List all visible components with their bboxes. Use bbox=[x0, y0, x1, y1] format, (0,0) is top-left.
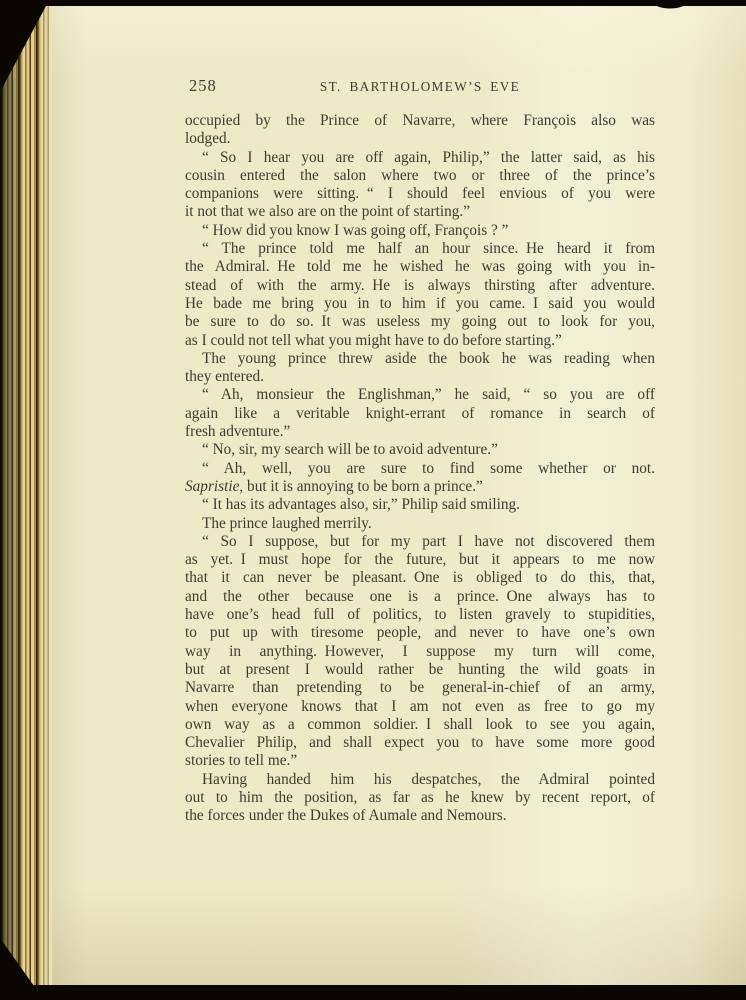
text-line: Chevalier Philip, and shall expect you t… bbox=[185, 734, 655, 752]
text-line: that it can never be pleasant. One is ob… bbox=[185, 569, 655, 587]
text-line: “ How did you know I was going off, Fran… bbox=[185, 222, 655, 240]
text-line: own way as a common soldier. I shall loo… bbox=[185, 716, 655, 734]
italic-word: Sapristie bbox=[185, 478, 239, 495]
text-line: but at present I would rather be hunting… bbox=[185, 661, 655, 679]
text-line: cousin entered the salon where two or th… bbox=[185, 167, 655, 185]
text-line: Sapristie, but it is annoying to be born… bbox=[185, 478, 655, 496]
text-line: it not that we also are on the point of … bbox=[185, 203, 655, 221]
text-line: companions were sitting. “ I should feel… bbox=[185, 185, 655, 203]
text-line: the Admiral. He told me he wished he was… bbox=[185, 258, 655, 276]
book-page-edges bbox=[0, 6, 56, 986]
text-line: The prince laughed merrily. bbox=[185, 515, 655, 533]
text-line: again like a veritable knight-errant of … bbox=[185, 405, 655, 423]
text-line: as yet. I must hope for the future, but … bbox=[185, 551, 655, 569]
text-line: they entered. bbox=[185, 368, 655, 386]
text-line: “ The prince told me half an hour since.… bbox=[185, 240, 655, 258]
top-edge-notch-shadow bbox=[648, 0, 692, 10]
text-line: stories to tell me.” bbox=[185, 752, 655, 770]
text-line: “ No, sir, my search will be to avoid ad… bbox=[185, 441, 655, 459]
text-line: lodged. bbox=[185, 130, 655, 148]
text-line: He bade me bring you in to him if you ca… bbox=[185, 295, 655, 313]
text-line: way in anything. However, I suppose my t… bbox=[185, 643, 655, 661]
book-scan: 258 ST. BARTHOLOMEW’S EVE occupied by th… bbox=[0, 0, 746, 1000]
text-line: occupied by the Prince of Navarre, where… bbox=[185, 112, 655, 130]
text-line: be sure to do so. It was useless my goin… bbox=[185, 313, 655, 331]
text-line: out to him the position, as far as he kn… bbox=[185, 789, 655, 807]
text-line: the forces under the Dukes of Aumale and… bbox=[185, 807, 655, 825]
text-line: have one’s head full of politics, to lis… bbox=[185, 606, 655, 624]
book-page: 258 ST. BARTHOLOMEW’S EVE occupied by th… bbox=[52, 6, 746, 986]
text-line: “ So I hear you are off again, Philip,” … bbox=[185, 149, 655, 167]
page-header: 258 ST. BARTHOLOMEW’S EVE bbox=[185, 76, 655, 98]
text-line: fresh adventure.” bbox=[185, 423, 655, 441]
top-edge-shadow bbox=[0, 0, 746, 6]
text-line: “ So I suppose, but for my part I have n… bbox=[185, 533, 655, 551]
text-block: occupied by the Prince of Navarre, where… bbox=[185, 112, 655, 826]
text-line: “ It has its advantages also, sir,” Phil… bbox=[185, 496, 655, 514]
text-line: as I could not tell what you might have … bbox=[185, 332, 655, 350]
text-line: Navarre than pretending to be general-in… bbox=[185, 679, 655, 697]
text-line: “ Ah, well, you are sure to find some wh… bbox=[185, 460, 655, 478]
running-header: ST. BARTHOLOMEW’S EVE bbox=[185, 79, 655, 95]
text-line: to put up with tiresome people, and neve… bbox=[185, 624, 655, 642]
text-line: stead of with the army. He is always thi… bbox=[185, 277, 655, 295]
bottom-edge-shadow bbox=[0, 985, 746, 1000]
text-line: “ Ah, monsieur the Englishman,” he said,… bbox=[185, 386, 655, 404]
text-line: when everyone knows that I am not even a… bbox=[185, 698, 655, 716]
text-line: and the other because one is a prince. O… bbox=[185, 588, 655, 606]
text-line: Having handed him his despatches, the Ad… bbox=[185, 771, 655, 789]
text-line: The young prince threw aside the book he… bbox=[185, 350, 655, 368]
